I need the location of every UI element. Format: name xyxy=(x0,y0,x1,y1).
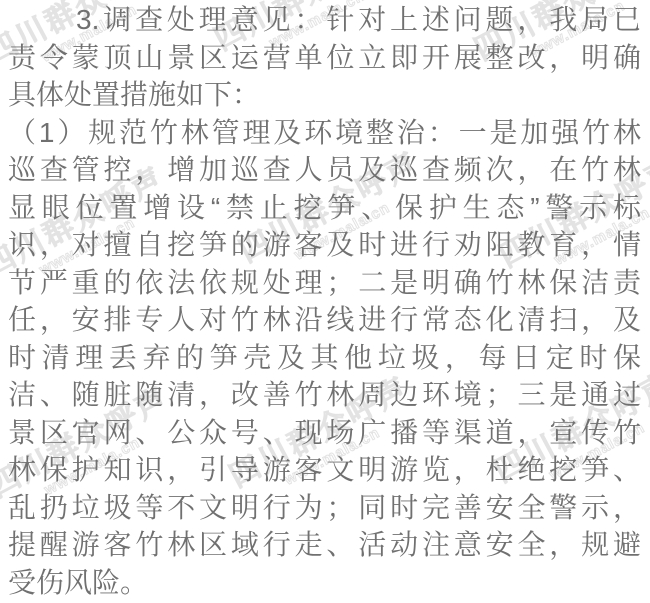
text-line: 节严重的依法依规处理；二是明确竹林保洁责 xyxy=(8,264,641,302)
document-body: 3.调查处理意见：针对上述问题，我局已 责令蒙顶山景区运营单位立即开展整改，明确… xyxy=(0,0,650,601)
text-line: 提醒游客竹林区域行走、活动注意安全，规避 xyxy=(8,526,641,564)
text-line: 任，安排专人对竹林沿线进行常态化清扫，及 xyxy=(8,301,641,339)
text-line: 巡查管控，增加巡查人员及巡查频次，在竹林 xyxy=(8,151,641,189)
text-line: 林保护知识，引导游客文明游览，杜绝挖笋、 xyxy=(8,451,641,489)
text-line: 显眼位置增设“禁止挖笋、保护生态”警示标 xyxy=(8,189,641,227)
text-line: 识，对擅自挖笋的游客及时进行劝阻教育，情 xyxy=(8,226,641,264)
text-line: 时清理丢弃的笋壳及其他垃圾，每日定时保 xyxy=(8,339,641,377)
text-line: （1）规范竹林管理及环境整治：一是加强竹林 xyxy=(8,114,641,152)
text-line: 受伤风险。 xyxy=(8,564,641,602)
text-line: 洁、随脏随清，改善竹林周边环境；三是通过 xyxy=(8,376,641,414)
text-line: 责令蒙顶山景区运营单位立即开展整改，明确 xyxy=(8,39,641,77)
text-line: 具体处置措施如下： xyxy=(8,76,641,114)
text-line: 3.调查处理意见：针对上述问题，我局已 xyxy=(8,1,641,39)
text-line: 乱扔垃圾等不文明行为；同时完善安全警示， xyxy=(8,489,641,527)
text-line: 景区官网、公众号、现场广播等渠道，宣传竹 xyxy=(8,414,641,452)
